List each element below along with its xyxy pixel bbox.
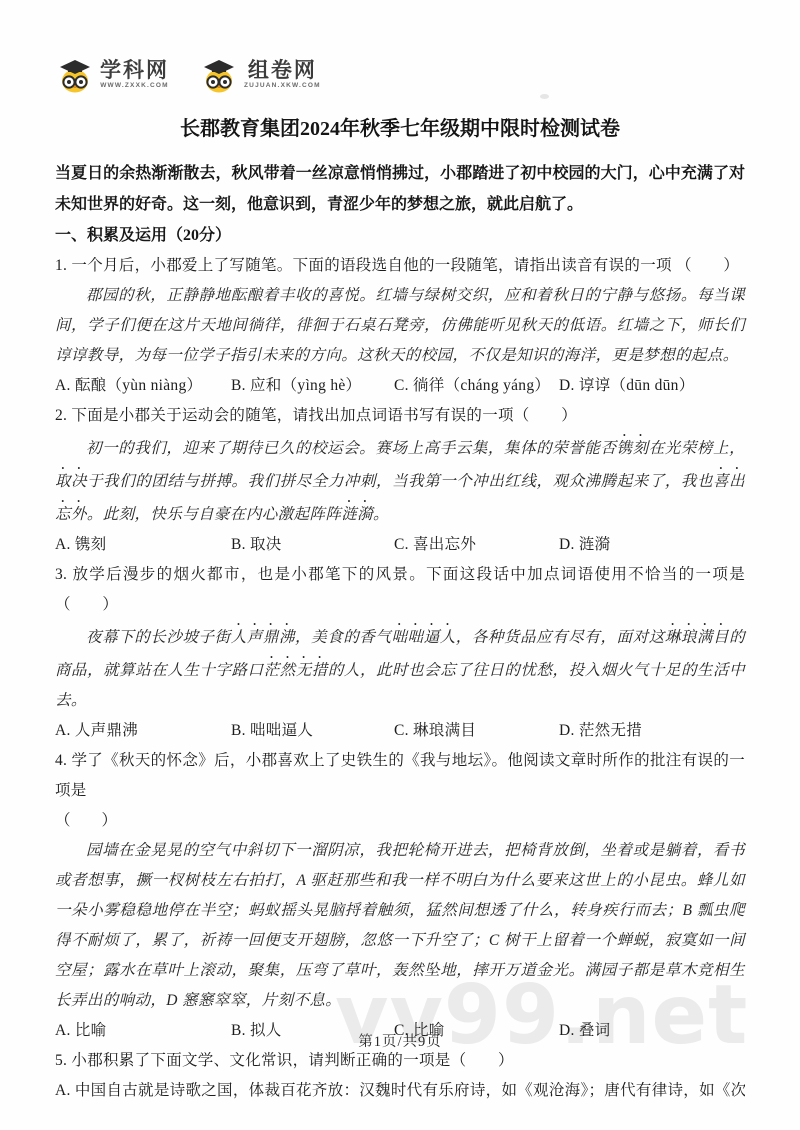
question-5: 5. 小郡积累了下面文学、文化常识，请判断正确的一项是（ ） A. 中国自古就是… [55,1046,745,1106]
header-logos: 学科网 WWW.ZXXK.COM 组卷网 ZUJUAN.XKW. [55,0,745,100]
question-1: 1. 一个月后，小郡爱上了写随笔。下面的语段选自他的一段随笔，请指出读音有误的一… [55,251,745,401]
xuekewang-logo-url: WWW.ZXXK.COM [100,83,169,90]
question-2-options: A. 镌刻 B. 取决 C. 喜出忘外 D. 涟漪 [55,530,745,560]
question-3: 3. 放学后漫步的烟火都市，也是小郡笔下的风景。下面这段话中加点词语使用不恰当的… [55,560,745,746]
option-d: D. 谆谆（dūn dūn） [559,371,745,401]
question-4: 4. 学了《秋天的怀念》后，小郡喜欢上了史铁生的《我与地坛》。他阅读文章时所作的… [55,746,745,1046]
page-content: 学科网 WWW.ZXXK.COM 组卷网 ZUJUAN.XKW. [0,0,800,1106]
section-heading: 一、积累及运用（20分） [55,220,745,251]
question-3-passage: 夜幕下的长沙坡子街人声鼎沸，美食的香气咄咄逼人，各种货品应有尽有，面对这琳琅满目… [55,620,745,716]
page-number-footer: 第1页/共9页 [0,1030,800,1051]
option-c: C. 喜出忘外 [394,530,559,560]
option-b: B. 咄咄逼人 [231,716,394,746]
zujuanwang-logo: 组卷网 ZUJUAN.XKW.COM [199,55,321,95]
question-3-options: A. 人声鼎沸 B. 咄咄逼人 C. 琳琅满目 D. 茫然无措 [55,716,745,746]
paper-title: 长郡教育集团2024年秋季七年级期中限时检测试卷 [55,114,745,144]
question-4-answer-blank: （ ） [55,806,745,836]
option-d: D. 茫然无措 [559,716,745,746]
option-a: A. 酝酿（yùn niàng） [55,371,231,401]
question-4-passage: 园墙在金晃晃的空气中斜切下一溜阴凉，我把轮椅开进去，把椅背放倒，坐着或是躺着，看… [55,836,745,1016]
owl-mascot-icon [199,55,239,95]
question-4-stem: 4. 学了《秋天的怀念》后，小郡喜欢上了史铁生的《我与地坛》。他阅读文章时所作的… [55,746,745,806]
option-d: D. 涟漪 [559,530,745,560]
option-a: A. 镌刻 [55,530,231,560]
option-c: C. 徜徉（cháng yáng） [394,371,559,401]
intro-paragraph: 当夏日的余热渐渐散去，秋风带着一丝凉意悄悄拂过，小郡踏进了初中校园的大门，心中充… [55,158,745,220]
owl-mascot-icon [55,55,95,95]
zujuanwang-logo-name: 组卷网 [248,60,317,81]
option-b: B. 取决 [231,530,394,560]
question-2: 2. 下面是小郡关于运动会的随笔，请找出加点词语书写有误的一项（ ） 初一的我们… [55,401,745,560]
zujuanwang-logo-text: 组卷网 ZUJUAN.XKW.COM [244,60,321,90]
xuekewang-logo: 学科网 WWW.ZXXK.COM [55,55,169,95]
exam-paper-page: vv99.net 学科网 WWW.ZXXK.COM [0,0,800,1130]
option-c: C. 琳琅满目 [394,716,559,746]
xuekewang-logo-text: 学科网 WWW.ZXXK.COM [100,60,169,90]
question-1-stem: 1. 一个月后，小郡爱上了写随笔。下面的语段选自他的一段随笔，请指出读音有误的一… [55,251,745,281]
option-a: A. 人声鼎沸 [55,716,231,746]
question-2-passage: 初一的我们，迎来了期待已久的校运会。赛场上高手云集，集体的荣誉能否镌刻在光荣榜上… [55,431,745,530]
question-1-passage: 郡园的秋，正静静地酝酿着丰收的喜悦。红墙与绿树交织，应和着秋日的宁静与悠扬。每当… [55,281,745,371]
zujuanwang-logo-url: ZUJUAN.XKW.COM [244,83,321,90]
question-3-stem: 3. 放学后漫步的烟火都市，也是小郡笔下的风景。下面这段话中加点词语使用不恰当的… [55,560,745,620]
question-1-options: A. 酝酿（yùn niàng） B. 应和（yìng hè） C. 徜徉（ch… [55,371,745,401]
question-2-stem: 2. 下面是小郡关于运动会的随笔，请找出加点词语书写有误的一项（ ） [55,401,745,431]
question-5-option-a-partial: A. 中国自古就是诗歌之国，体裁百花齐放：汉魏时代有乐府诗，如《观沧海》；唐代有… [55,1076,745,1106]
option-b: B. 应和（yìng hè） [231,371,394,401]
xuekewang-logo-name: 学科网 [100,60,169,81]
